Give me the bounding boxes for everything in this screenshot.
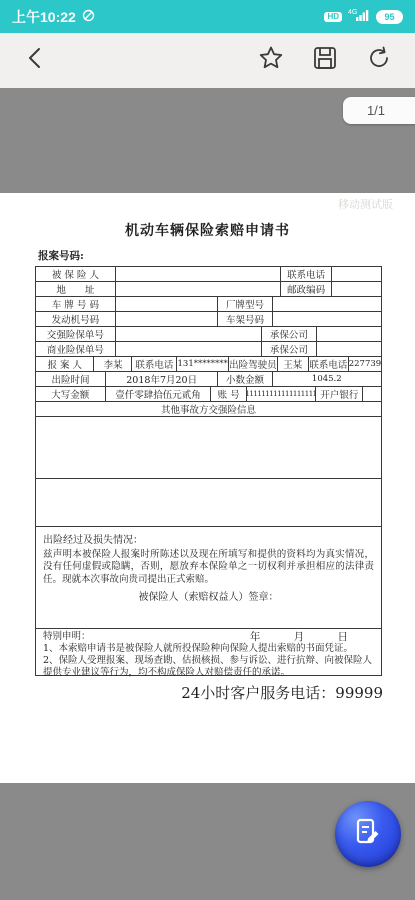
table-cell: 其他事故方交强险信息 <box>36 402 381 416</box>
table-cell: 出险驾驶员 <box>229 357 278 371</box>
signature-label: 被保险人（索赔权益人）签章： <box>43 588 374 603</box>
refresh-icon <box>366 45 392 76</box>
table-cell: 出险时间 <box>36 372 106 386</box>
chevron-left-icon <box>23 45 49 76</box>
table-cell-empty <box>116 327 262 341</box>
loss-section-label: 出险经过及损失情况： <box>43 531 374 546</box>
special-note-1: 1、本索赔申请书是被保险人就所投保险种向保险人提出索赔的书面凭证。 <box>43 643 374 655</box>
table-cell-empty <box>116 282 282 296</box>
table-cell: 交强险保单号 <box>36 327 116 341</box>
table-cell-empty <box>317 342 381 356</box>
save-button[interactable] <box>305 41 345 81</box>
table-cell-empty <box>116 342 262 356</box>
table-cell-empty <box>273 297 381 311</box>
table-cell: 报 案 人 <box>36 357 94 371</box>
table-cell: 王某 <box>278 357 309 371</box>
table-cell: 壹仟零肆拾伍元贰角 <box>106 387 212 401</box>
table-row: 大写金额壹仟零肆拾伍元贰角账 号111111111111111111开户银行 <box>36 387 381 402</box>
table-cell: 厂牌型号 <box>218 297 272 311</box>
declaration-text: 兹声明本被保险人报案时所陈述以及现在所填写和提供的资料均为真实情况，没有任何虚假… <box>43 549 374 586</box>
refresh-button[interactable] <box>359 41 399 81</box>
special-note-2: 2、保险人受理报案、现场查勘、估损核损、参与诉讼、进行抗辩、向被保险人提供专业建… <box>43 655 374 679</box>
document-title: 机动车辆保险索赔申请书 <box>0 220 415 240</box>
table-cell-empty <box>36 479 381 526</box>
table-row: 交强险保单号承保公司 <box>36 327 381 342</box>
table-row: 商业险保单号承保公司 <box>36 342 381 357</box>
back-button[interactable] <box>16 41 56 81</box>
floppy-save-icon <box>312 45 338 76</box>
document-page: 移动测试版 机动车辆保险索赔申请书 报案号码: 被 保 险 人联系电话地 址邮政… <box>0 193 415 783</box>
page-indicator: 1/1 <box>343 97 415 124</box>
table-cell-empty <box>116 312 219 326</box>
case-number-label: 报案号码: <box>38 248 415 263</box>
table-cell: 李某 <box>94 357 132 371</box>
table-row: 其他事故方交强险信息 <box>36 402 381 417</box>
table-rows: 被 保 险 人联系电话地 址邮政编码车 牌 号 码厂牌型号发动机号码车架号码交强… <box>36 267 381 527</box>
favorite-button[interactable] <box>251 41 291 81</box>
date-day-label: 日 <box>338 631 349 643</box>
table-cell: 2018年7月20日 <box>106 372 218 386</box>
table-cell-empty <box>116 297 219 311</box>
star-icon <box>257 44 285 77</box>
table-cell: 承保公司 <box>262 327 317 341</box>
table-cell-empty <box>317 327 381 341</box>
table-cell-empty <box>116 267 282 281</box>
table-cell: 发动机号码 <box>36 312 116 326</box>
watermark: 移动测试版 <box>338 196 393 212</box>
table-cell-empty <box>36 417 381 478</box>
table-cell: 1045.2 <box>273 372 381 386</box>
service-phone: 24小时客户服务电话：99999 <box>0 682 415 703</box>
date-year-label: 年 <box>250 631 261 643</box>
table-cell: 联系电话 <box>281 267 331 281</box>
table-row <box>36 417 381 479</box>
mute-icon <box>82 9 95 25</box>
table-cell: 小数金额 <box>218 372 272 386</box>
table-cell: 邮政编码 <box>281 282 331 296</box>
declaration-section: 出险经过及损失情况： 兹声明本被保险人报案时所陈述以及现在所填写和提供的资料均为… <box>36 527 381 629</box>
table-row <box>36 479 381 527</box>
svg-text:4G: 4G <box>348 9 357 16</box>
edit-fab-button[interactable] <box>335 801 401 867</box>
table-cell-empty <box>332 282 381 296</box>
table-row: 报 案 人李某联系电话131********出险驾驶员王某联系电话6227739… <box>36 357 381 372</box>
table-row: 车 牌 号 码厂牌型号 <box>36 297 381 312</box>
status-bar: 上午10:22 HD 4G 95 <box>0 0 415 33</box>
toolbar <box>0 33 415 88</box>
table-cell-empty <box>363 387 381 401</box>
table-row: 被 保 险 人联系电话 <box>36 267 381 282</box>
claim-form-table: 被 保 险 人联系电话地 址邮政编码车 牌 号 码厂牌型号发动机号码车架号码交强… <box>35 266 382 676</box>
table-cell: 账 号 <box>211 387 246 401</box>
table-cell: 承保公司 <box>262 342 317 356</box>
table-cell: 111111111111111111 <box>247 387 317 401</box>
table-cell: 车架号码 <box>218 312 272 326</box>
table-cell: 开户银行 <box>316 387 363 401</box>
app-screen: 上午10:22 HD 4G 95 <box>0 0 415 900</box>
status-time: 上午10:22 <box>12 7 76 27</box>
table-cell: 车 牌 号 码 <box>36 297 116 311</box>
table-cell: 商业险保单号 <box>36 342 116 356</box>
table-cell: 大写金额 <box>36 387 106 401</box>
date-month-label: 月 <box>294 631 305 643</box>
table-cell: 62277399 <box>349 357 381 371</box>
edit-document-pen-icon <box>352 816 384 853</box>
table-cell: 131******** <box>177 357 229 371</box>
battery-icon: 95 <box>376 10 403 24</box>
table-cell-empty <box>273 312 381 326</box>
hd-badge-icon: HD <box>324 12 342 22</box>
table-cell: 联系电话 <box>309 357 349 371</box>
table-cell: 地 址 <box>36 282 116 296</box>
table-row: 发动机号码车架号码 <box>36 312 381 327</box>
table-cell: 联系电话 <box>132 357 177 371</box>
table-cell-empty <box>332 267 381 281</box>
table-row: 出险时间2018年7月20日小数金额1045.2 <box>36 372 381 387</box>
table-cell: 被 保 险 人 <box>36 267 116 281</box>
signal-4g-icon: 4G <box>348 7 370 27</box>
document-viewer: 1/1 移动测试版 机动车辆保险索赔申请书 报案号码: 被 保 险 人联系电话地… <box>0 88 415 900</box>
table-row: 地 址邮政编码 <box>36 282 381 297</box>
